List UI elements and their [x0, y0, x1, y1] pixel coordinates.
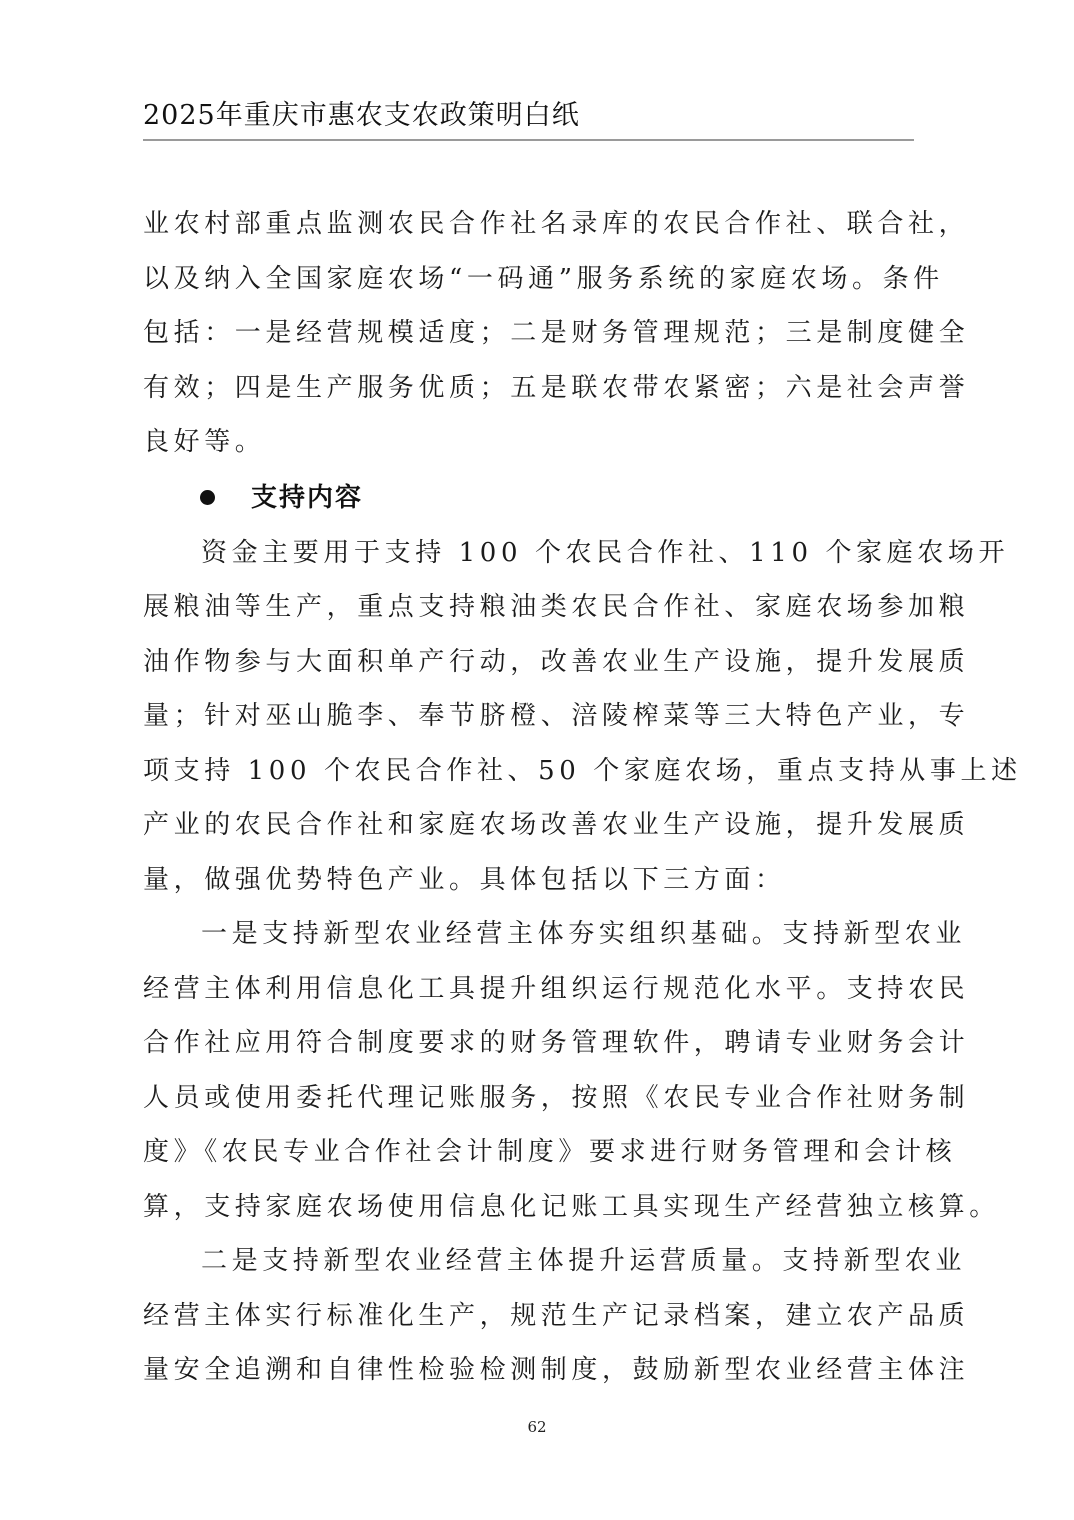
- paragraph-support-overview: 资金主要用于支持 100 个农民合作社、110 个家庭农场开 展粮油等生产，重点…: [143, 526, 923, 908]
- text-line: 包括：一是经营规模适度；二是财务管理规范；三是制度健全: [143, 306, 923, 361]
- text-line: 项支持 100 个农民合作社、50 个家庭农场，重点支持从事上述: [143, 744, 923, 799]
- text-line: 经营主体实行标准化生产，规范生产记录档案，建立农产品质: [143, 1289, 923, 1344]
- text-line: 量；针对巫山脆李、奉节脐橙、涪陵榨菜等三大特色产业，专: [143, 689, 923, 744]
- text-line: 油作物参与大面积单产行动，改善农业生产设施，提升发展质: [143, 635, 923, 690]
- text-line: 量安全追溯和自律性检验检测制度，鼓励新型农业经营主体注: [143, 1343, 923, 1398]
- page-number: 62: [0, 1418, 1074, 1436]
- running-header-title: 2025年重庆市惠农支农政策明白纸: [143, 98, 580, 134]
- text-line: 以及纳入全国家庭农场“一码通”服务系统的家庭农场。条件: [143, 252, 923, 307]
- text-line: 算，支持家庭农场使用信息化记账工具实现生产经营独立核算。: [143, 1180, 923, 1235]
- bullet-icon: [200, 490, 215, 505]
- header-divider: [143, 139, 914, 141]
- text-line: 有效；四是生产服务优质；五是联农带农紧密；六是社会声誉: [143, 361, 923, 416]
- text-line: 产业的农民合作社和家庭农场改善农业生产设施，提升发展质: [143, 798, 923, 853]
- text-line: 二是支持新型农业经营主体提升运营质量。支持新型农业: [143, 1234, 923, 1289]
- text-line: 业农村部重点监测农民合作社名录库的农民合作社、联合社，: [143, 197, 923, 252]
- section-heading: 支持内容: [143, 470, 923, 526]
- text-line: 展粮油等生产，重点支持粮油类农民合作社、家庭农场参加粮: [143, 580, 923, 635]
- page-body: 业农村部重点监测农民合作社名录库的农民合作社、联合社， 以及纳入全国家庭农场“一…: [143, 197, 923, 1398]
- intro-paragraph: 业农村部重点监测农民合作社名录库的农民合作社、联合社， 以及纳入全国家庭农场“一…: [143, 197, 923, 470]
- text-line: 人员或使用委托代理记账服务，按照《农民专业合作社财务制: [143, 1071, 923, 1126]
- text-line: 合作社应用符合制度要求的财务管理软件，聘请专业财务会计: [143, 1016, 923, 1071]
- text-line: 良好等。: [143, 415, 923, 470]
- text-line: 量，做强优势特色产业。具体包括以下三方面：: [143, 853, 923, 908]
- text-line: 度》《农民专业合作社会计制度》要求进行财务管理和会计核: [143, 1125, 923, 1180]
- text-line: 经营主体利用信息化工具提升组织运行规范化水平。支持农民: [143, 962, 923, 1017]
- paragraph-organization-foundation: 一是支持新型农业经营主体夯实组织基础。支持新型农业 经营主体利用信息化工具提升组…: [143, 907, 923, 1234]
- text-line: 一是支持新型农业经营主体夯实组织基础。支持新型农业: [143, 907, 923, 962]
- paragraph-operation-quality: 二是支持新型农业经营主体提升运营质量。支持新型农业 经营主体实行标准化生产，规范…: [143, 1234, 923, 1398]
- text-line: 资金主要用于支持 100 个农民合作社、110 个家庭农场开: [143, 526, 923, 581]
- section-heading-text: 支持内容: [251, 470, 363, 526]
